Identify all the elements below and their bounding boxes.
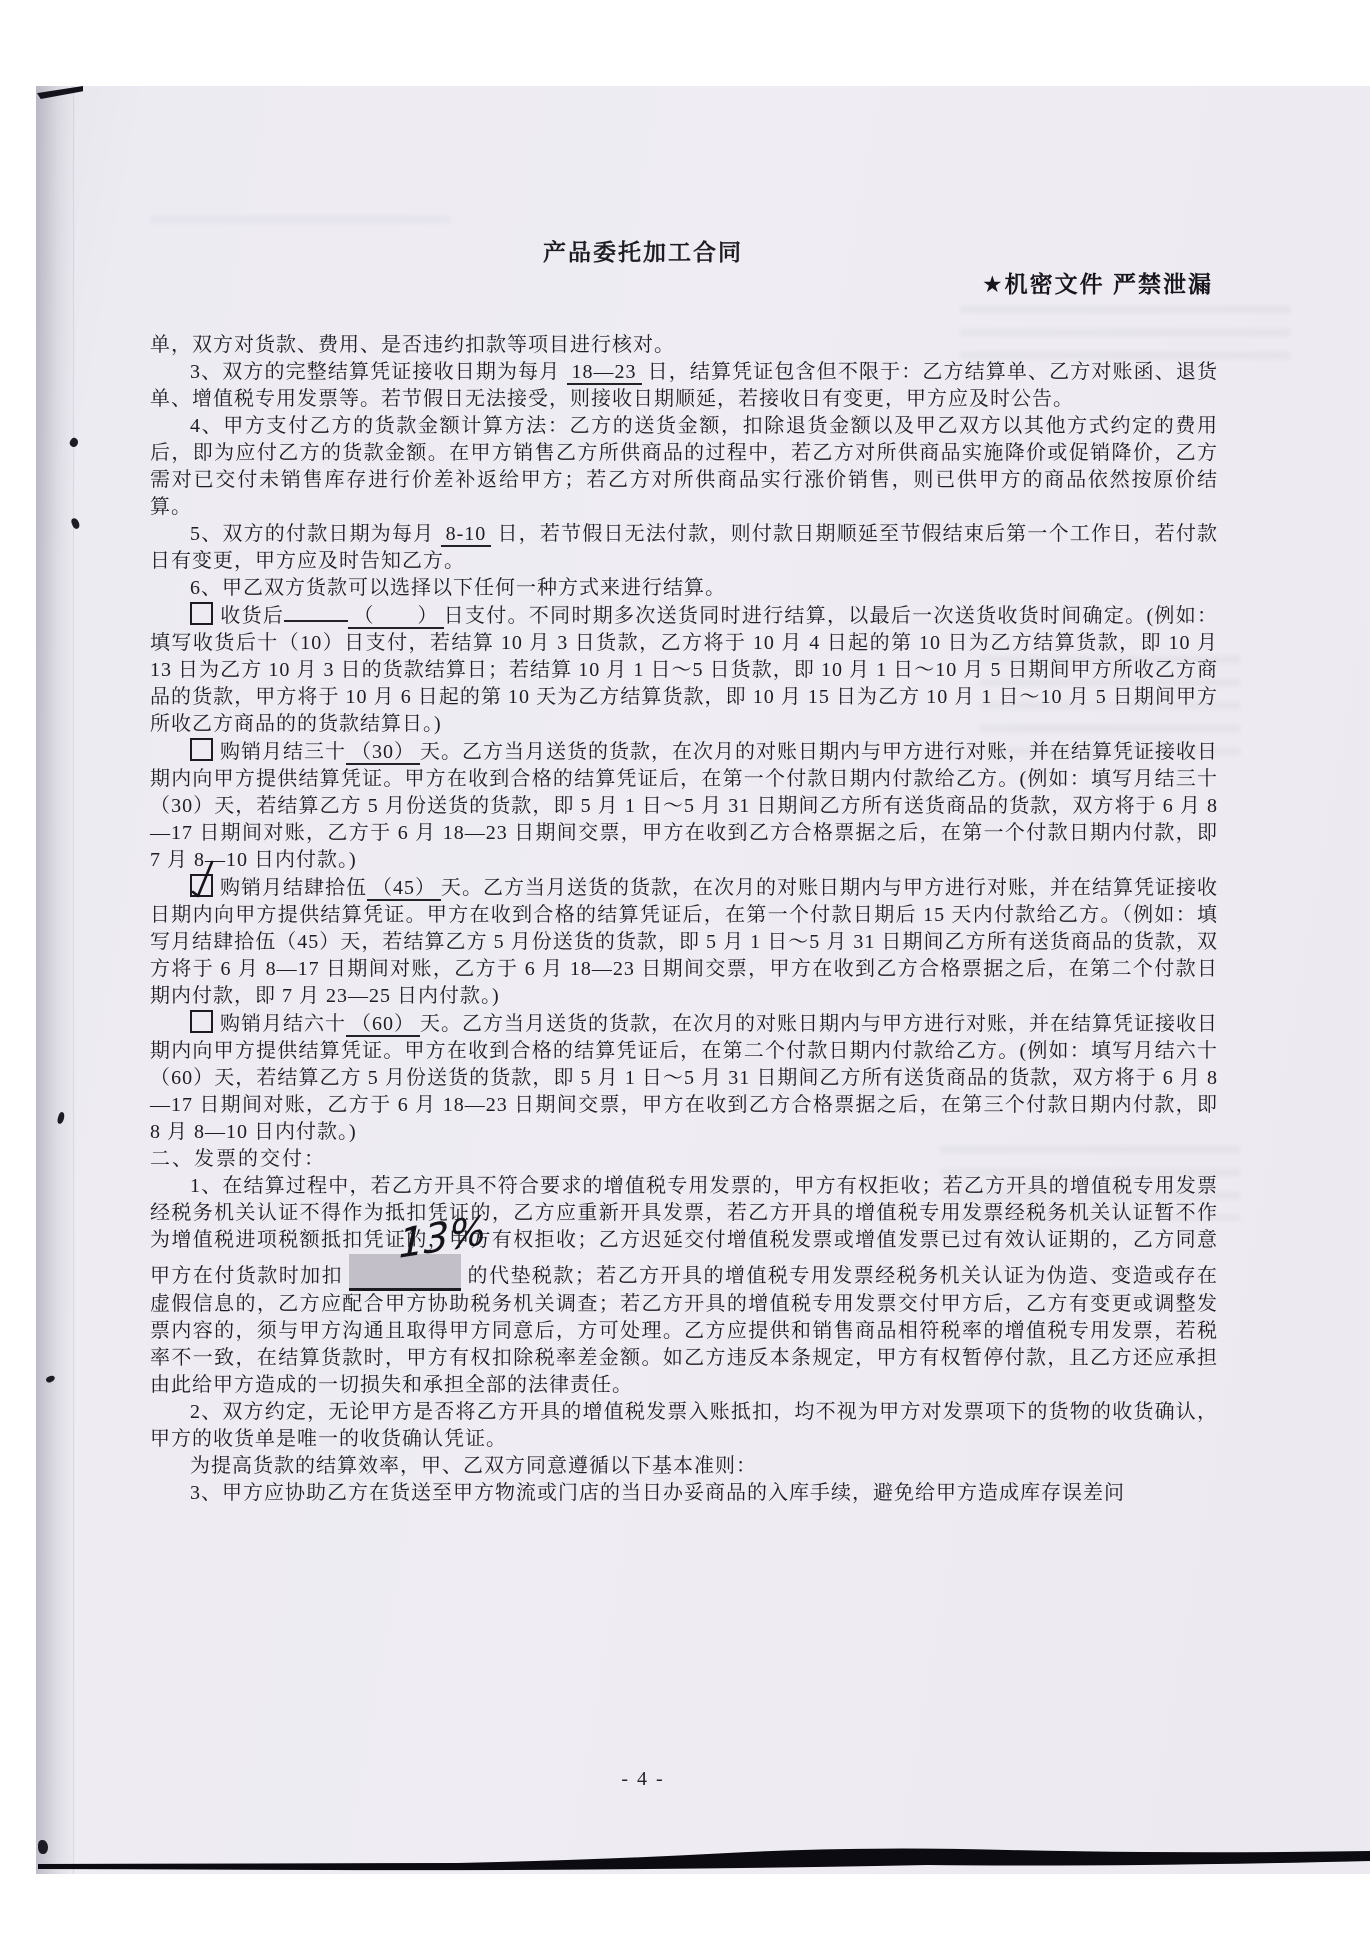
clause-3: 3、双方的完整结算凭证接收日期为每月 18—23 日，结算凭证包含但不限于：乙方… xyxy=(150,359,1218,413)
filled-blank-settlement-dates: 18—23 xyxy=(567,361,642,385)
bleedthrough-smudge xyxy=(150,200,450,224)
fill-in-blank-parens: （ ） xyxy=(348,605,443,629)
invoice-clause-1: 1、在结算过程中，若乙方开具不符合要求的增值税专用发票的，甲方有权拒收；若乙方开… xyxy=(150,1173,1218,1399)
payment-option-after-receipt: 收货后（ ）日支付。不同时期多次送货同时进行结算，以最后一次送货收货时间确定。(… xyxy=(150,602,1218,738)
fill-in-blank-line xyxy=(284,602,348,622)
page-number: - 4 - xyxy=(36,1768,1250,1791)
page-title: 产品委托加工合同 xyxy=(36,234,1250,267)
option-text: 购销月结肆拾伍 xyxy=(220,877,367,899)
days-45-blank: （45） xyxy=(367,877,441,901)
clause-3-text: 3、双方的完整结算凭证接收日期为每月 xyxy=(190,361,560,383)
contract-body: 单，双方对货款、费用、是否违约扣款等项目进行核对。 3、双方的完整结算凭证接收日… xyxy=(150,332,1218,1507)
clause-5-text: 5、双方的付款日期为每月 xyxy=(190,523,434,545)
option-text: 购销月结三十 xyxy=(220,741,346,763)
payment-option-monthly-30: 购销月结三十（30）天。乙方当月送货的货款，在次月的对账日期内与甲方进行对账，并… xyxy=(150,738,1218,874)
paper-fold-crease xyxy=(73,86,74,1874)
handwritten-checkmark-icon xyxy=(189,859,217,899)
days-30-blank: （30） xyxy=(346,741,420,765)
checkbox-unchecked-icon[interactable] xyxy=(190,602,213,625)
payment-option-monthly-45: 购销月结肆拾伍（45）天。乙方当月送货的货款，在次月的对账日期内与甲方进行对账，… xyxy=(150,874,1218,1010)
bottom-scan-artifact xyxy=(38,1844,1370,1876)
section-2-heading: 二、发票的交付： xyxy=(150,1146,1218,1173)
option-text-cont: 日支付。不同时期多次送货同时进行结算，以最后一次送货收货时间确定。(例如：填写收… xyxy=(150,605,1218,735)
principles-intro: 为提高货款的结算效率，甲、乙双方同意遵循以下基本准则： xyxy=(150,1453,1218,1480)
scanned-contract-page: 产品委托加工合同 ★机密文件 严禁泄漏 单，双方对货款、费用、是否违约扣款等项目… xyxy=(0,0,1370,1960)
handwritten-tax-rate: 13% xyxy=(359,1217,487,1265)
carryover-line: 单，双方对货款、费用、是否违约扣款等项目进行核对。 xyxy=(150,332,1218,359)
payment-option-monthly-60: 购销月结六十（60）天。乙方当月送货的货款，在次月的对账日期内与甲方进行对账，并… xyxy=(150,1010,1218,1146)
invoice-clause-2: 2、双方约定，无论甲方是否将乙方开具的增值税发票入账抵扣，均不视为甲方对发票项下… xyxy=(150,1399,1218,1453)
days-60-blank: （60） xyxy=(346,1013,420,1037)
invoice-clause-3: 3、甲方应协助乙方在货送至甲方物流或门店的当日办妥商品的入库手续，避免给甲方造成… xyxy=(150,1480,1218,1507)
checkbox-checked-icon[interactable] xyxy=(190,874,213,897)
option-text: 收货后 xyxy=(220,605,284,627)
highlighted-tax-rate-blank: 13% xyxy=(349,1254,461,1291)
confidential-stamp: ★机密文件 严禁泄漏 xyxy=(982,266,1213,299)
checkbox-unchecked-icon[interactable] xyxy=(190,1010,213,1033)
checkbox-unchecked-icon[interactable] xyxy=(190,738,213,761)
clause-4: 4、甲方支付乙方的货款金额计算方法：乙方的送货金额，扣除退货金额以及甲乙双方以其… xyxy=(150,413,1218,521)
left-edge-shadow xyxy=(36,86,76,1874)
clause-6: 6、甲乙双方货款可以选择以下任何一种方式来进行结算。 xyxy=(150,575,1218,602)
clause-5: 5、双方的付款日期为每月 8-10 日，若节假日无法付款，则付款日期顺延至节假结… xyxy=(150,521,1218,575)
filled-blank-payment-dates: 8-10 xyxy=(441,523,492,547)
option-text: 购销月结六十 xyxy=(220,1013,346,1035)
